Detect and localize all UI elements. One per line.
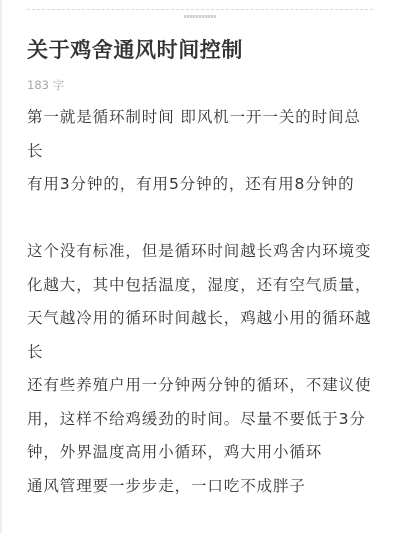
paragraph: 通风管理要一步步走，一口吃不成胖子: [27, 470, 377, 504]
left-border: [0, 0, 2, 533]
drag-handle[interactable]: [184, 15, 216, 18]
paragraph: 第一就是循环制时间 即风机一开一关的时间总长: [27, 101, 377, 168]
paragraph: 还有些养殖户用一分钟两分钟的循环，不建议使用，这样不给鸡缓劲的时间。尽量不要低于…: [27, 369, 377, 470]
paragraph: 有用3分钟的，有用5分钟的，还有用8分钟的: [27, 168, 377, 202]
paragraph: 这个没有标准，但是循环时间越长鸡舍内环境变化越大，其中包括温度，湿度，还有空气质…: [27, 235, 377, 369]
top-divider: [27, 9, 373, 10]
word-count: 183 字: [27, 77, 64, 93]
article-body: 第一就是循环制时间 即风机一开一关的时间总长 有用3分钟的，有用5分钟的，还有用…: [27, 101, 377, 503]
article-title: 关于鸡舍通风时间控制: [27, 36, 243, 64]
blank-line: [27, 202, 377, 236]
